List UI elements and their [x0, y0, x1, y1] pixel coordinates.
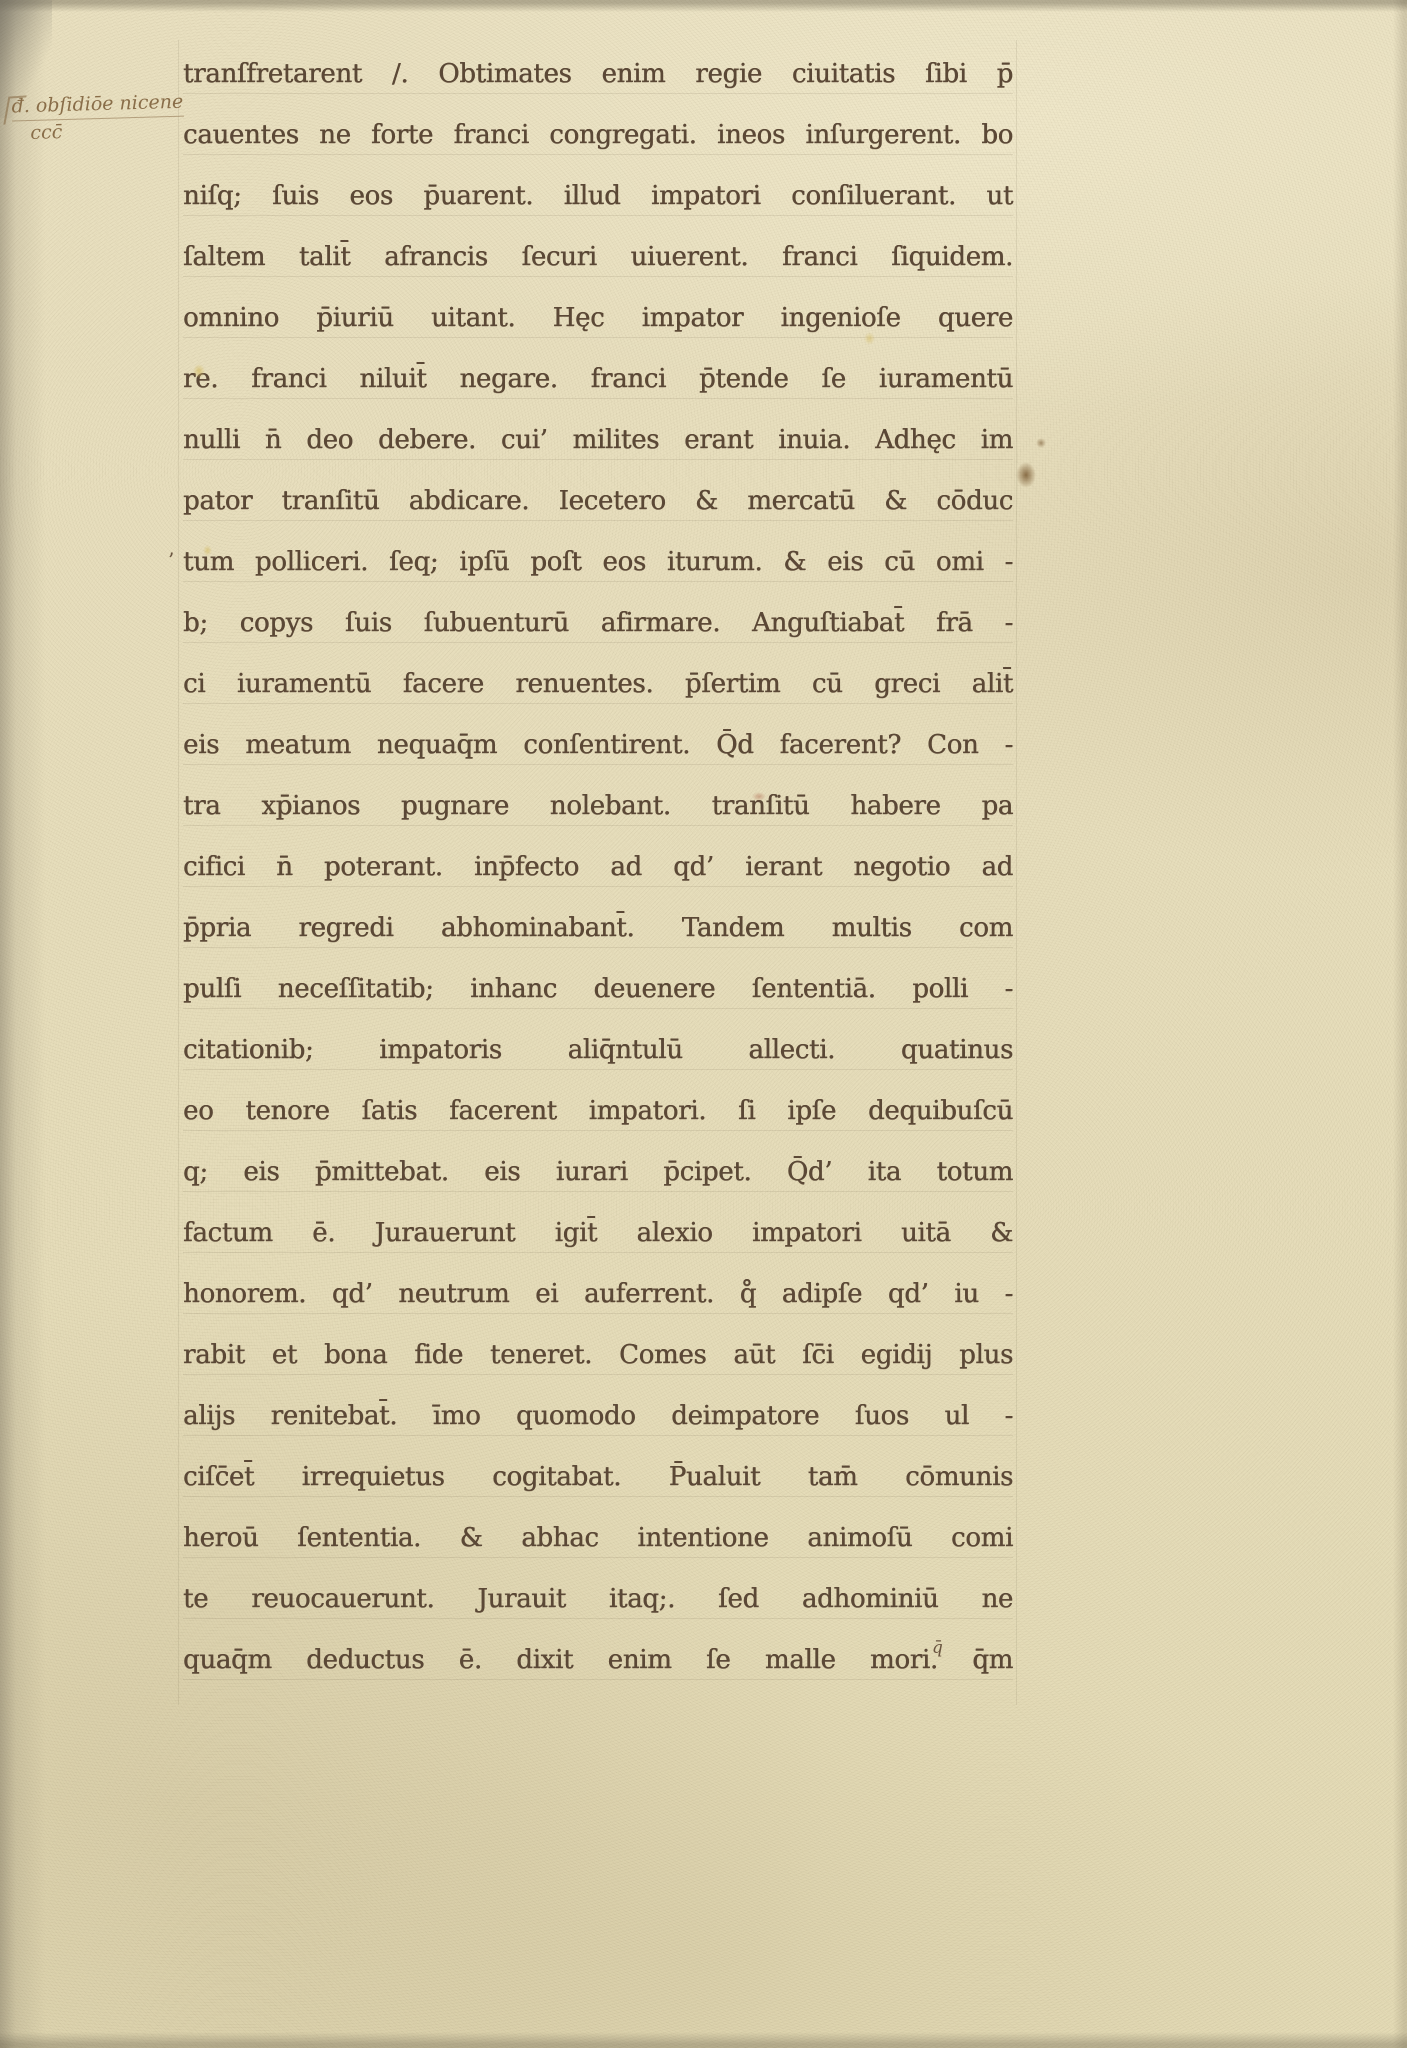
text-line: q; eis p̄mittebat. eis iurari p̄cipet. Q… [183, 1142, 1013, 1203]
text-line: eis meatum nequaq̄m conſentirent. Q̄d fa… [183, 715, 1013, 776]
text-line: ciſc̄et̄ irrequietus cogitabat. P̄ualuit… [183, 1447, 1013, 1508]
text-line: rabit et bona fide teneret. Comes aūt ſc… [183, 1325, 1013, 1386]
text-line: re. franci niluit̄ negare. franci p̄tend… [183, 349, 1013, 410]
text-line: ci iuramentū facere renuentes. p̄ſertim … [183, 654, 1013, 715]
text-line: pulſi neceſſitatib; inhanc deuenere ſent… [183, 959, 1013, 1020]
ink-stain [1036, 438, 1046, 448]
manuscript-page: đ. obſidiōe nicene ccc̄ ’ q̄ tranſfretar… [0, 0, 1407, 2048]
insertion-caret-mark: ’ [168, 548, 174, 572]
text-line: b; copys ſuis ſubuenturū afirmare. Anguſ… [183, 593, 1013, 654]
margin-note: đ. obſidiōe nicene ccc̄ [11, 90, 188, 147]
text-line: tum polliceri. ſeq; ipſū poſt eos iturum… [183, 532, 1013, 593]
left-ruling-line [178, 40, 179, 1705]
text-line: pator tranſitū abdicare. Iecetero & merc… [183, 471, 1013, 532]
text-line: cifici n̄ poterant. inp̄fecto ad qd’ ier… [183, 837, 1013, 898]
text-line: alijs renitebat̄. īmo quomodo deimpatore… [183, 1386, 1013, 1447]
text-line: cauentes ne forte franci congregati. ine… [183, 105, 1013, 166]
text-line: nulli n̄ deo debere. cui’ milites erant … [183, 410, 1013, 471]
text-block: tranſfretarent /. Obtimates enim regie c… [183, 44, 1013, 1691]
text-line: niſq; ſuis eos p̄uarent. illud impatori … [183, 166, 1013, 227]
text-line: tra xp̄ianos pugnare nolebant. tranſitū … [183, 776, 1013, 837]
text-line: heroū ſententia. & abhac intentione anim… [183, 1508, 1013, 1569]
margin-note-line1: đ. obſidiōe nicene [11, 90, 183, 122]
text-line: tranſfretarent /. Obtimates enim regie c… [183, 44, 1013, 105]
text-line: te reuocauerunt. Jurauit itaq;. ſed adho… [183, 1569, 1013, 1630]
right-ruling-line [1016, 40, 1017, 1705]
text-line: p̄pria regredi abhominabant̄. Tandem mul… [183, 898, 1013, 959]
margin-note-line2: ccc̄ [30, 117, 189, 146]
text-line: omnino p̄iuriū uitant. Hęc impator ingen… [183, 288, 1013, 349]
text-line: honorem. qd’ neutrum ei auferrent. q̊ ad… [183, 1264, 1013, 1325]
ink-stain [1016, 462, 1036, 488]
text-line: eo tenore ſatis facerent impatori. ſi ip… [183, 1081, 1013, 1142]
text-line: ſaltem talit̄ afrancis ſecuri uiuerent. … [183, 227, 1013, 288]
text-line: factum ē. Jurauerunt igit̄ alexio impato… [183, 1203, 1013, 1264]
text-line: citationib; impatoris aliq̄ntulū allecti… [183, 1020, 1013, 1081]
text-line: quaq̄m deductus ē. dixit enim ſe malle m… [183, 1630, 1013, 1691]
